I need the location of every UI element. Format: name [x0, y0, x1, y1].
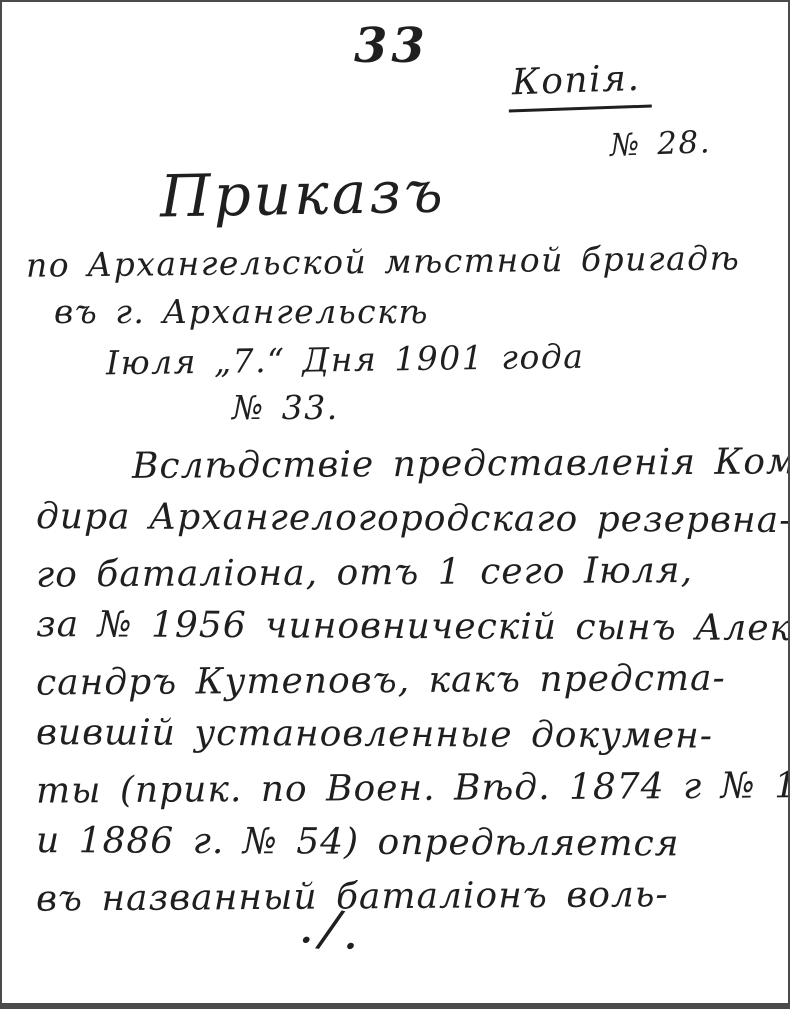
body-line: ты (прик. по Воен. Вѣд. 1874 г № 101	[36, 759, 776, 818]
order-title: Приказъ	[159, 158, 446, 231]
order-body: Вслѣдствіе представленія Коман- дира Арх…	[36, 438, 776, 924]
page-number: 33	[354, 18, 429, 74]
order-address-line-2: въ г. Архангельскѣ	[54, 292, 429, 331]
body-line: въ названный баталіонъ воль-	[36, 867, 776, 926]
scanned-document-page: 33 Копія. № 28. Приказъ по Архангельской…	[0, 0, 790, 1009]
order-address-line-1: по Архангельской мѣстной бригадѣ	[26, 238, 741, 284]
order-date-line: Іюля „7.“ Дня 1901 года	[106, 337, 585, 383]
body-line: и 1886 г. № 54) опредѣляется	[36, 814, 776, 872]
body-line: сандръ Кутеповъ, какъ предста-	[36, 651, 776, 710]
copy-label: Копія.	[507, 58, 651, 113]
body-line: за № 1956 чиновническій сынъ Алек-	[36, 598, 776, 656]
end-flourish-mark: ./.	[296, 896, 370, 963]
body-line: го баталіона, отъ 1 сего Іюля,	[36, 543, 776, 602]
body-line: Вслѣдствіе представленія Коман-	[36, 435, 776, 494]
order-number: № 33.	[232, 388, 339, 427]
body-line: дира Архангелогородскаго резервна-	[36, 490, 776, 548]
body-line: вившій установленные докумен-	[36, 706, 776, 764]
document-ref-number: № 28.	[609, 124, 711, 164]
